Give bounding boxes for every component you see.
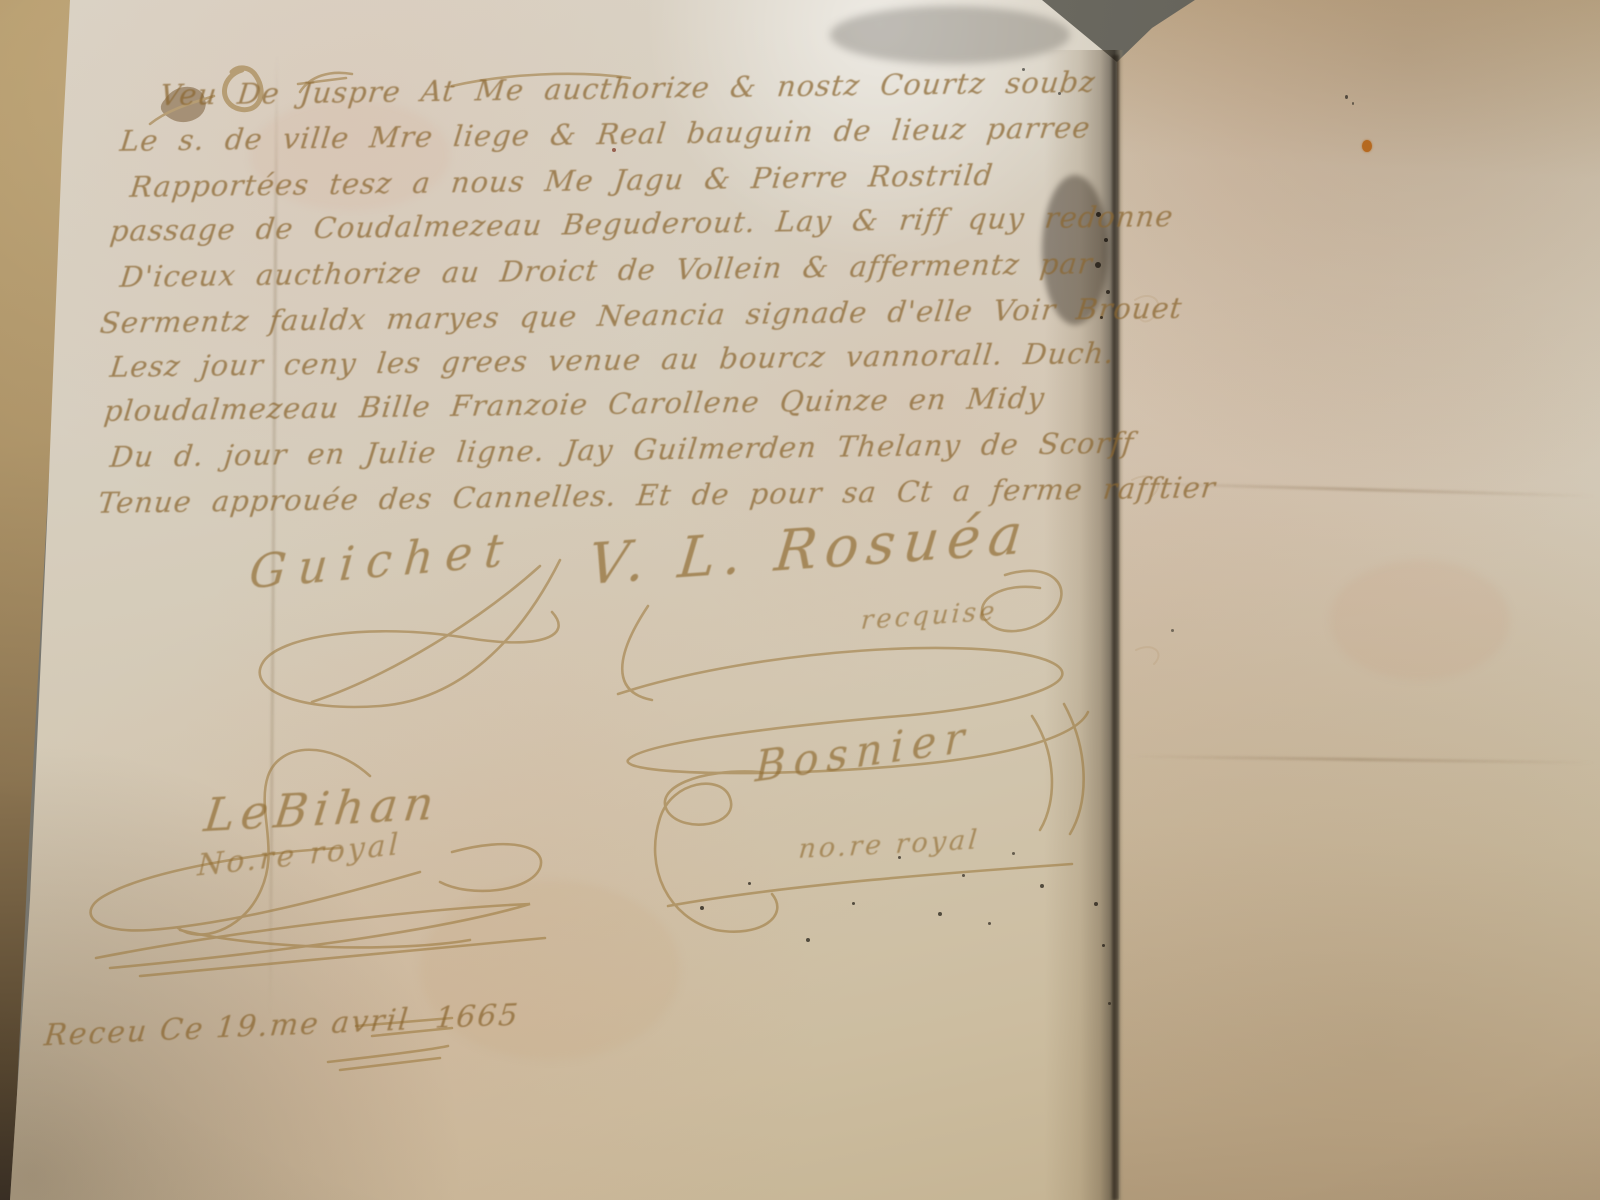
ink-speck xyxy=(1108,1002,1111,1005)
ink-speck xyxy=(1102,944,1105,947)
ink-speck xyxy=(1100,316,1103,319)
stain xyxy=(1330,560,1510,680)
ink-speck xyxy=(1096,212,1101,217)
ink-speck xyxy=(898,856,901,859)
wax-spot xyxy=(1362,140,1372,152)
ink-speck xyxy=(1040,884,1044,888)
ink-speck xyxy=(700,906,704,910)
ink-speck xyxy=(748,882,751,885)
ink-speck xyxy=(1022,68,1025,71)
ink-speck xyxy=(1095,262,1101,268)
ink-speck xyxy=(1012,852,1015,855)
crease-line xyxy=(1125,755,1595,765)
ink-speck xyxy=(962,874,965,877)
ink-speck xyxy=(1345,95,1348,99)
ink-speck xyxy=(1058,92,1061,95)
ink-speck xyxy=(988,922,991,925)
ink-speck xyxy=(1171,629,1174,632)
manuscript-photo-scene: Veu De Juspre At Me aucthorize & nostz C… xyxy=(0,0,1600,1200)
ink-speck xyxy=(852,902,855,905)
ink-speck xyxy=(1104,238,1108,242)
ink-speck xyxy=(1094,902,1098,906)
ink-speck xyxy=(806,938,810,942)
ink-speck xyxy=(1106,290,1110,294)
ink-speck xyxy=(612,148,616,152)
ink-speck xyxy=(938,912,942,916)
soot-smudge xyxy=(830,6,1070,64)
receipt-date-year: 1665 xyxy=(434,997,522,1036)
ink-speck xyxy=(1352,102,1354,105)
